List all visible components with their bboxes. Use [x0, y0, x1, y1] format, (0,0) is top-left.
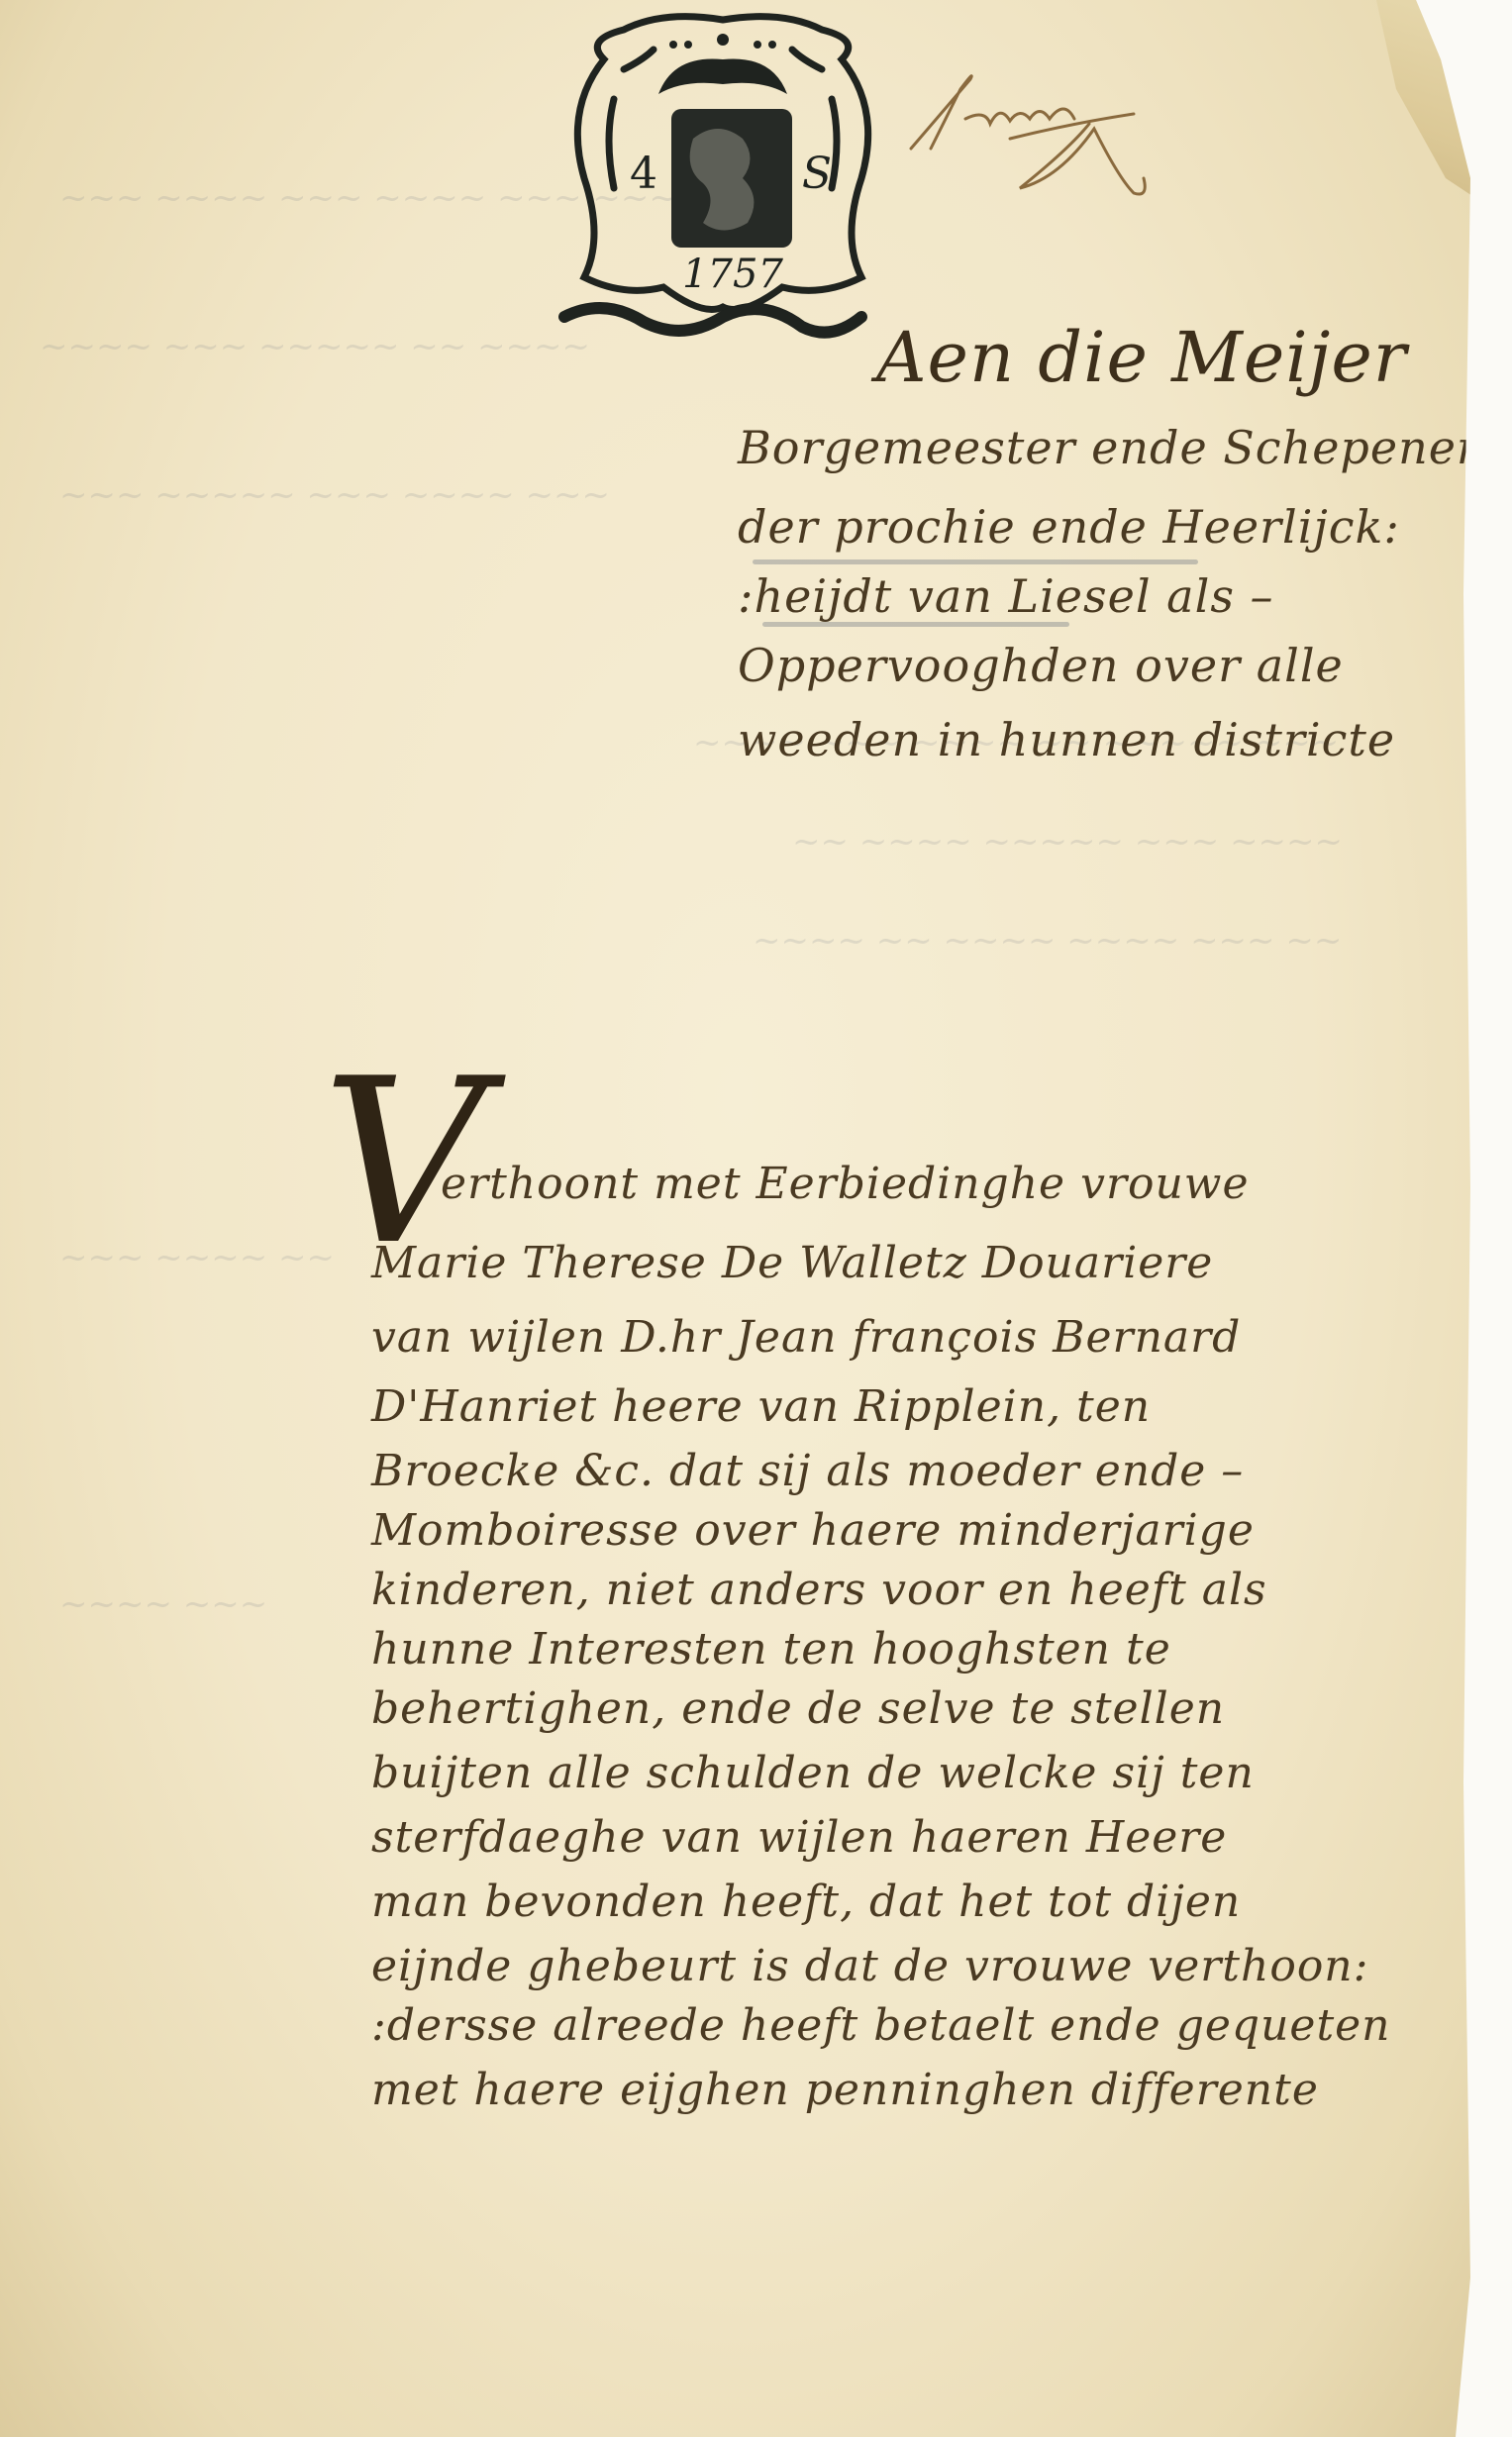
svg-text:1757: 1757: [682, 252, 783, 297]
bleed-through-text: ~~ ~~~~ ~~~~~ ~~~ ~~~~: [792, 822, 1343, 862]
body-line: eijnde ghebeurt is dat de vrouwe verthoo…: [371, 1941, 1368, 1991]
body-line: van wijlen D.hr Jean françois Bernard: [371, 1312, 1241, 1363]
tax-stamp: 4 S 1757: [545, 0, 901, 356]
svg-text:4: 4: [630, 149, 657, 199]
body-line: D'Hanriet heere van Ripplein, ten: [371, 1381, 1151, 1432]
manuscript-page: ~~~ ~~~~ ~~~ ~~~~ ~~~ ~~~~ ~~~~ ~~~ ~~~~…: [0, 0, 1475, 2437]
crowned-lion-shield-icon: 4 S 1757: [545, 0, 901, 356]
address-title: Aen die Meijer: [876, 317, 1407, 398]
pencil-underline: [762, 622, 1069, 627]
bleed-through-text: ~~~ ~~~~ ~~: [59, 1238, 335, 1277]
body-line: buijten alle schulden de welcke sij ten: [371, 1748, 1255, 1798]
address-line: Oppervooghden over alle: [738, 639, 1344, 692]
folded-corner: [1337, 0, 1475, 198]
body-line: behertighen, ende de selve te stellen: [371, 1683, 1225, 1734]
body-line: met haere eijghen penninghen differente: [371, 2065, 1319, 2115]
address-line: der prochie ende Heerlijck:: [738, 500, 1400, 554]
body-line: erthoont met Eerbiedinghe vrouwe: [441, 1159, 1250, 1209]
signature-mark: [891, 40, 1188, 198]
body-line: Momboiresse over haere minderjarige: [371, 1505, 1255, 1556]
body-line: man bevonden heeft, dat het tot dijen: [371, 1877, 1241, 1927]
body-line: kinderen, niet anders voor en heeft als: [371, 1565, 1267, 1615]
bleed-through-text: ~~~~ ~~ ~~~~ ~~~~ ~~~ ~~: [753, 921, 1342, 961]
body-line: Broecke &c. dat sij als moeder ende –: [371, 1446, 1244, 1496]
address-line: :heijdt van Liesel als –: [738, 569, 1274, 623]
bleed-through-text: ~~~ ~~~~~ ~~~ ~~~~ ~~~: [59, 475, 610, 515]
pencil-underline: [753, 559, 1198, 564]
address-line: Borgemeester ende Schepenen: [738, 421, 1487, 474]
body-line: hunne Interesten ten hooghsten te: [371, 1624, 1171, 1675]
body-line: :dersse alreede heeft betaelt ende geque…: [371, 2000, 1391, 2051]
body-line: sterfdaeghe van wijlen haeren Heere: [371, 1812, 1227, 1863]
bleed-through-text: ~~~~ ~~~: [59, 1584, 267, 1624]
bleed-through-text: ~~~~ ~~~ ~~~~~ ~~ ~~~~: [40, 327, 590, 366]
svg-text:S: S: [802, 149, 832, 199]
body-line: Marie Therese De Walletz Douariere: [371, 1238, 1213, 1288]
address-line: weeden in hunnen districte: [738, 713, 1395, 766]
